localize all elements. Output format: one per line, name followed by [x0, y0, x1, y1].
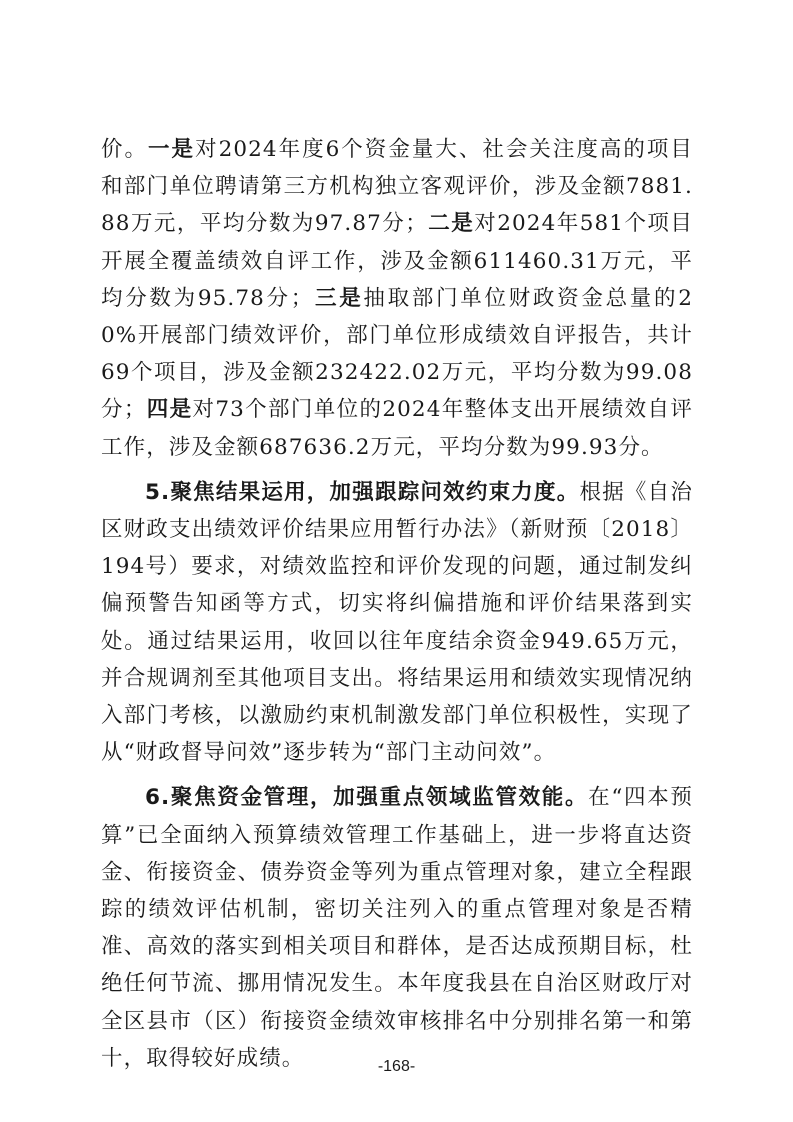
bold-label-third: 三是	[313, 286, 363, 311]
text-segment: 根据《自治区财政支出绩效评价结果应用暂行办法》（新财预〔2018〕194号）要求…	[101, 480, 693, 765]
paragraph-evaluation-summary: 价。一是对2024年度6个资金量大、社会关注度高的项目和部门单位聘请第三方机构独…	[101, 131, 693, 466]
page-number: -168-	[0, 1058, 793, 1076]
bold-label-first: 一是	[148, 137, 195, 162]
text-segment: 价。	[101, 137, 148, 162]
bold-label-fourth: 四是	[146, 397, 192, 422]
section-heading-6: 6.聚焦资金管理，加强重点领域监管效能。	[145, 785, 588, 810]
section-heading-5: 5.聚焦结果运用，加强跟踪问效约束力度。	[145, 480, 579, 505]
bold-label-second: 二是	[428, 211, 474, 236]
document-body: 价。一是对2024年度6个资金量大、社会关注度高的项目和部门单位聘请第三方机构独…	[101, 131, 693, 1077]
paragraph-section-6: 6.聚焦资金管理，加强重点领域监管效能。在“四本预算”已全面纳入预算绩效管理工作…	[101, 779, 693, 1077]
paragraph-section-5: 5.聚焦结果运用，加强跟踪问效约束力度。根据《自治区财政支出绩效评价结果应用暂行…	[101, 474, 693, 772]
text-segment: 在“四本预算”已全面纳入预算绩效管理工作基础上，进一步将直达资金、衔接资金、债券…	[101, 785, 693, 1070]
